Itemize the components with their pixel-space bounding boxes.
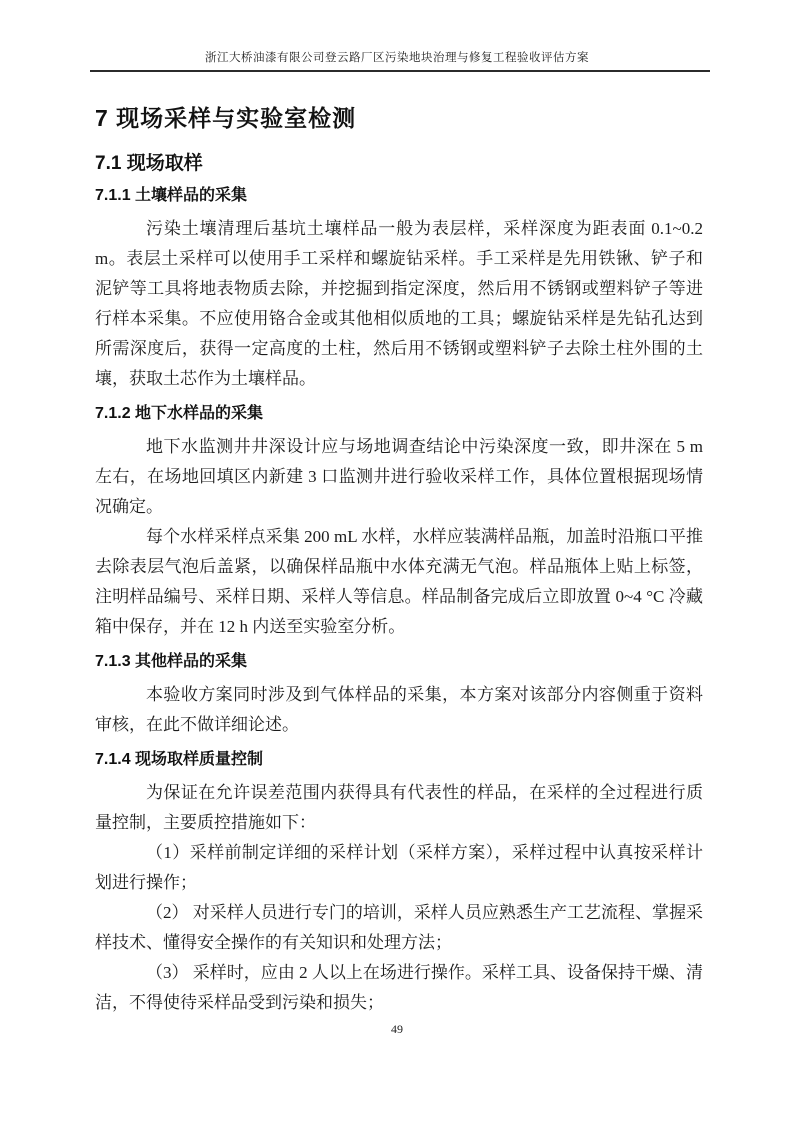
- section-title: 7.1 现场取样: [95, 152, 703, 176]
- body-paragraph: 地下水监测井井深设计应与场地调查结论中污染深度一致，即井深在 5 m 左右，在场…: [95, 432, 703, 522]
- page-number: 49: [0, 1022, 794, 1037]
- subsection-title-soil-sampling: 7.1.1 土壤样品的采集: [95, 186, 703, 206]
- body-paragraph: 污染土壤清理后基坑土壤样品一般为表层样，采样深度为距表面 0.1~0.2 m。表…: [95, 214, 703, 394]
- subsection-title-other-samples: 7.1.3 其他样品的采集: [95, 652, 703, 672]
- body-paragraph-item-3: （3） 采样时，应由 2 人以上在场进行操作。采样工具、设备保持干燥、清洁，不得…: [95, 958, 703, 1018]
- subsection-title-quality-control: 7.1.4 现场取样质量控制: [95, 750, 703, 770]
- chapter-title: 7 现场采样与实验室检测: [95, 102, 703, 134]
- document-page: 浙江大桥油漆有限公司登云路厂区污染地块治理与修复工程验收评估方案 7 现场采样与…: [0, 0, 794, 1123]
- body-paragraph: 为保证在允许误差范围内获得具有代表性的样品，在采样的全过程进行质量控制，主要质控…: [95, 778, 703, 838]
- body-paragraph: 本验收方案同时涉及到气体样品的采集，本方案对该部分内容侧重于资料审核，在此不做详…: [95, 680, 703, 740]
- subsection-title-groundwater-sampling: 7.1.2 地下水样品的采集: [95, 404, 703, 424]
- body-paragraph-item-2: （2） 对采样人员进行专门的培训，采样人员应熟悉生产工艺流程、掌握采样技术、懂得…: [95, 898, 703, 958]
- body-paragraph-item-1: （1）采样前制定详细的采样计划（采样方案），采样过程中认真按采样计划进行操作；: [95, 838, 703, 898]
- running-header: 浙江大桥油漆有限公司登云路厂区污染地块治理与修复工程验收评估方案: [95, 51, 699, 65]
- body-paragraph: 每个水样采样点采集 200 mL 水样，水样应装满样品瓶，加盖时沿瓶口平推去除表…: [95, 522, 703, 642]
- page-content: 7 现场采样与实验室检测 7.1 现场取样 7.1.1 土壤样品的采集 污染土壤…: [95, 72, 703, 1018]
